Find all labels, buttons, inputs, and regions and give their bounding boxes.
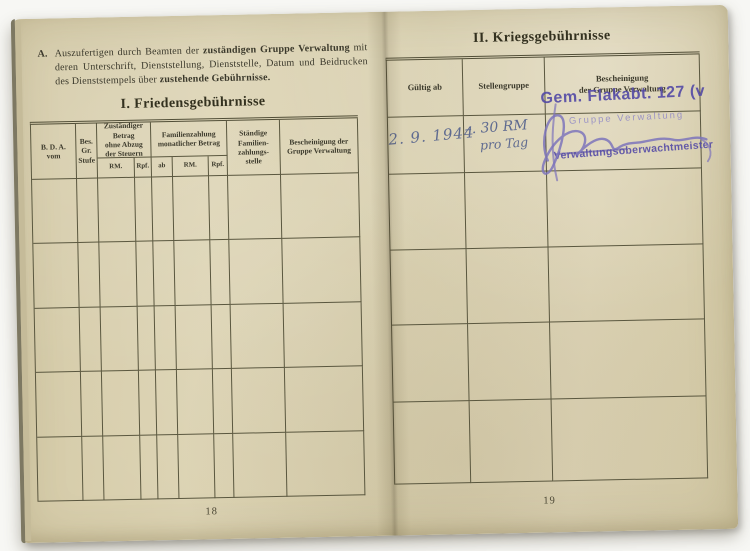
table-cell-empty	[33, 243, 79, 308]
table-cell-empty	[135, 177, 153, 242]
left-page-title: I. Friedensgebührnisse	[29, 92, 356, 115]
table-cell-empty	[152, 177, 174, 242]
col-header-bes-gr-stufe: Bes. Gr. Stufe	[76, 124, 98, 179]
table-cell-empty	[37, 436, 83, 501]
table-cell-empty	[178, 434, 215, 499]
col-header-bda: B. D. A. vom	[31, 124, 77, 180]
table-cell-empty	[155, 306, 177, 371]
table-cell-empty	[233, 432, 287, 497]
table-cell-empty	[77, 179, 99, 244]
table-cell-empty	[98, 178, 136, 243]
subcol-rpf: Rpf.	[135, 157, 152, 177]
col-header-zahlungsstelle: Ständige Familien- zahlungs- stelle	[227, 120, 281, 176]
table-cell-empty	[177, 369, 214, 434]
subcol-rpf: Rpf.	[209, 156, 228, 176]
table-cell-empty	[281, 173, 360, 239]
table-cell-empty	[210, 240, 230, 305]
table-cell-empty	[467, 248, 550, 325]
table-cell-empty	[470, 399, 554, 483]
table-cell-empty	[174, 241, 211, 306]
table-cell-empty	[32, 179, 78, 244]
table-cell-empty	[209, 176, 229, 241]
handwritten-amount: –. 30 RM pro Tag	[464, 114, 566, 156]
subcol-rm: RM.	[173, 156, 209, 177]
table-cell-empty	[231, 304, 285, 369]
table-cell-empty	[138, 306, 156, 371]
table-cell-empty	[136, 242, 154, 307]
left-page-number: 18	[192, 506, 232, 518]
subcol-ab: ab	[152, 157, 173, 177]
table-cell-empty	[550, 319, 707, 399]
table-cell-empty	[140, 435, 158, 500]
table-cell-empty	[156, 370, 178, 435]
table-cell-empty	[214, 433, 234, 498]
table-cell-empty	[176, 305, 213, 370]
soldbuch-open-spread: A. Auszufertigen durch Beamten der zustä…	[11, 5, 738, 543]
table-cell-empty	[465, 172, 549, 250]
table-cell-empty	[36, 372, 82, 437]
instruction-label: A.	[37, 48, 48, 91]
table-cell-empty	[102, 371, 140, 436]
instruction-text: Auszufertigen durch Beamten der zuständi…	[55, 41, 369, 90]
table-cell-empty	[103, 435, 141, 500]
col-header-stellengruppe: Stellengruppe	[463, 58, 546, 117]
right-page-title: II. Kriegsgebührnisse	[385, 26, 698, 48]
table-cell-empty	[552, 396, 709, 481]
table-cell-empty	[232, 368, 286, 433]
col-header-bescheinigung: Bescheinigung der Gruppe Verwaltung	[280, 118, 359, 175]
table-cell-empty	[101, 307, 139, 372]
table-cell-empty	[468, 322, 552, 401]
table-cell-empty	[157, 435, 179, 500]
table-cell-empty	[153, 241, 175, 306]
instruction-paragraph: A. Auszufertigen durch Beamten der zustä…	[37, 41, 368, 90]
table-cell-empty	[549, 244, 705, 322]
table-cell-empty	[81, 372, 103, 437]
table-cell-empty	[229, 239, 283, 304]
table-cell-empty	[286, 431, 365, 497]
subcol-rm: RM.	[98, 158, 135, 179]
right-page-number: 19	[529, 495, 569, 507]
table-cell-empty	[173, 176, 210, 241]
table-cell-empty	[213, 369, 233, 434]
table-cell-empty	[212, 305, 232, 370]
col-header-familienzahlung: Familienzahlung monatlicher Betrag	[151, 121, 228, 158]
col-header-betrag: Zuständiger Betrag ohne Abzug der Steuer…	[97, 122, 152, 158]
table-cell-empty	[284, 302, 363, 368]
table-cell-empty	[139, 371, 157, 436]
table-cell-empty	[285, 366, 364, 432]
table-cell-empty	[35, 308, 81, 373]
table-cell-empty	[78, 243, 100, 308]
peace-allowances-table: B. D. A. vom Bes. Gr. Stufe Zuständiger …	[30, 115, 366, 502]
table-cell-empty	[80, 307, 102, 372]
table-cell-empty	[547, 168, 703, 247]
table-cell-empty	[99, 242, 137, 307]
table-cell-empty	[282, 238, 361, 304]
table-cell-empty	[228, 175, 282, 240]
table-cell-empty	[82, 436, 104, 501]
